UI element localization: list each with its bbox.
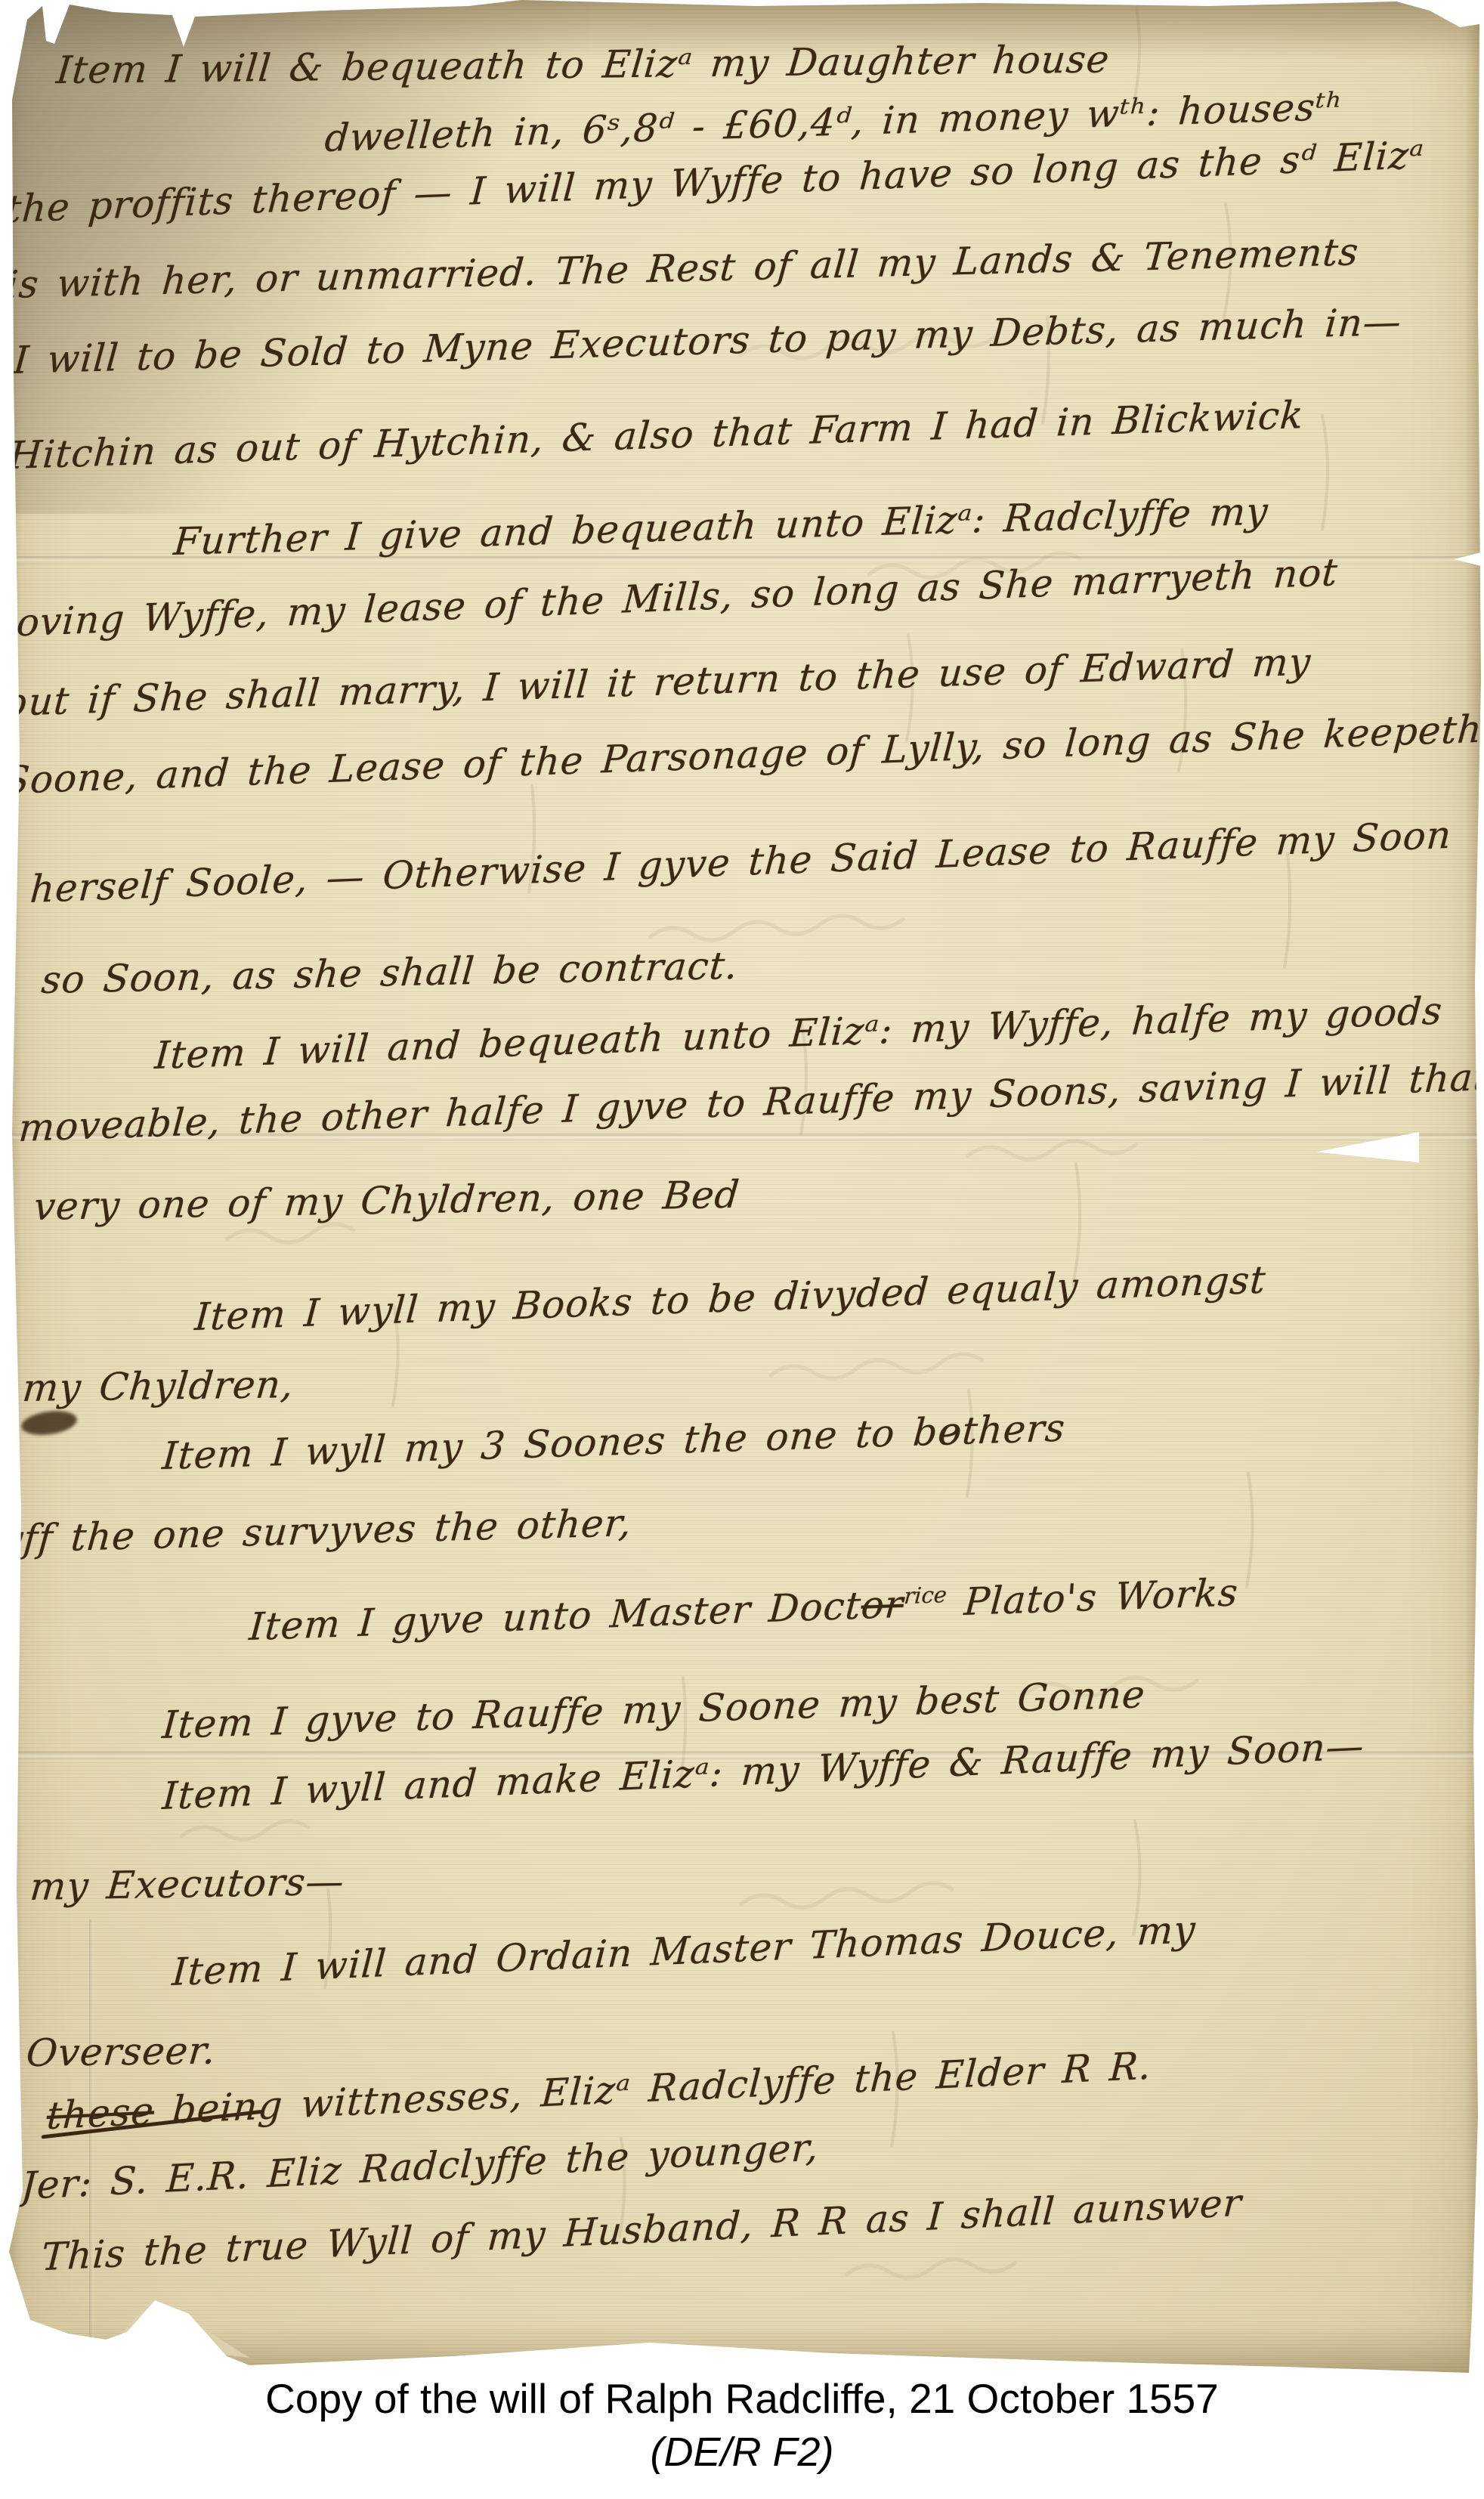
scanned-document-page: Item I will & bequeath to Elizᵃ my Daugh… [0, 0, 1484, 2499]
will-line: Item I will & bequeath to Elizᵃ my Daugh… [55, 40, 1111, 89]
will-line: my Chyldren, [21, 1365, 295, 1407]
will-line: my Executors— [29, 1863, 346, 1906]
struck-word: or [860, 1582, 905, 1628]
manuscript-paper: Item I will & bequeath to Elizᵃ my Daugh… [0, 0, 1484, 2379]
interlinear-insertion: rice [903, 1582, 948, 1609]
will-line: very one of my Chyldren, one Bed [32, 1176, 741, 1226]
will-line: Overseer. [25, 2031, 218, 2072]
caption-archive-reference: (DE/R F2) [0, 2429, 1484, 2476]
vertical-crease [89, 1919, 94, 2358]
caption-title: Copy of the will of Ralph Radcliffe, 21 … [0, 2374, 1484, 2423]
will-line-offset-word: others [938, 1409, 1067, 1450]
